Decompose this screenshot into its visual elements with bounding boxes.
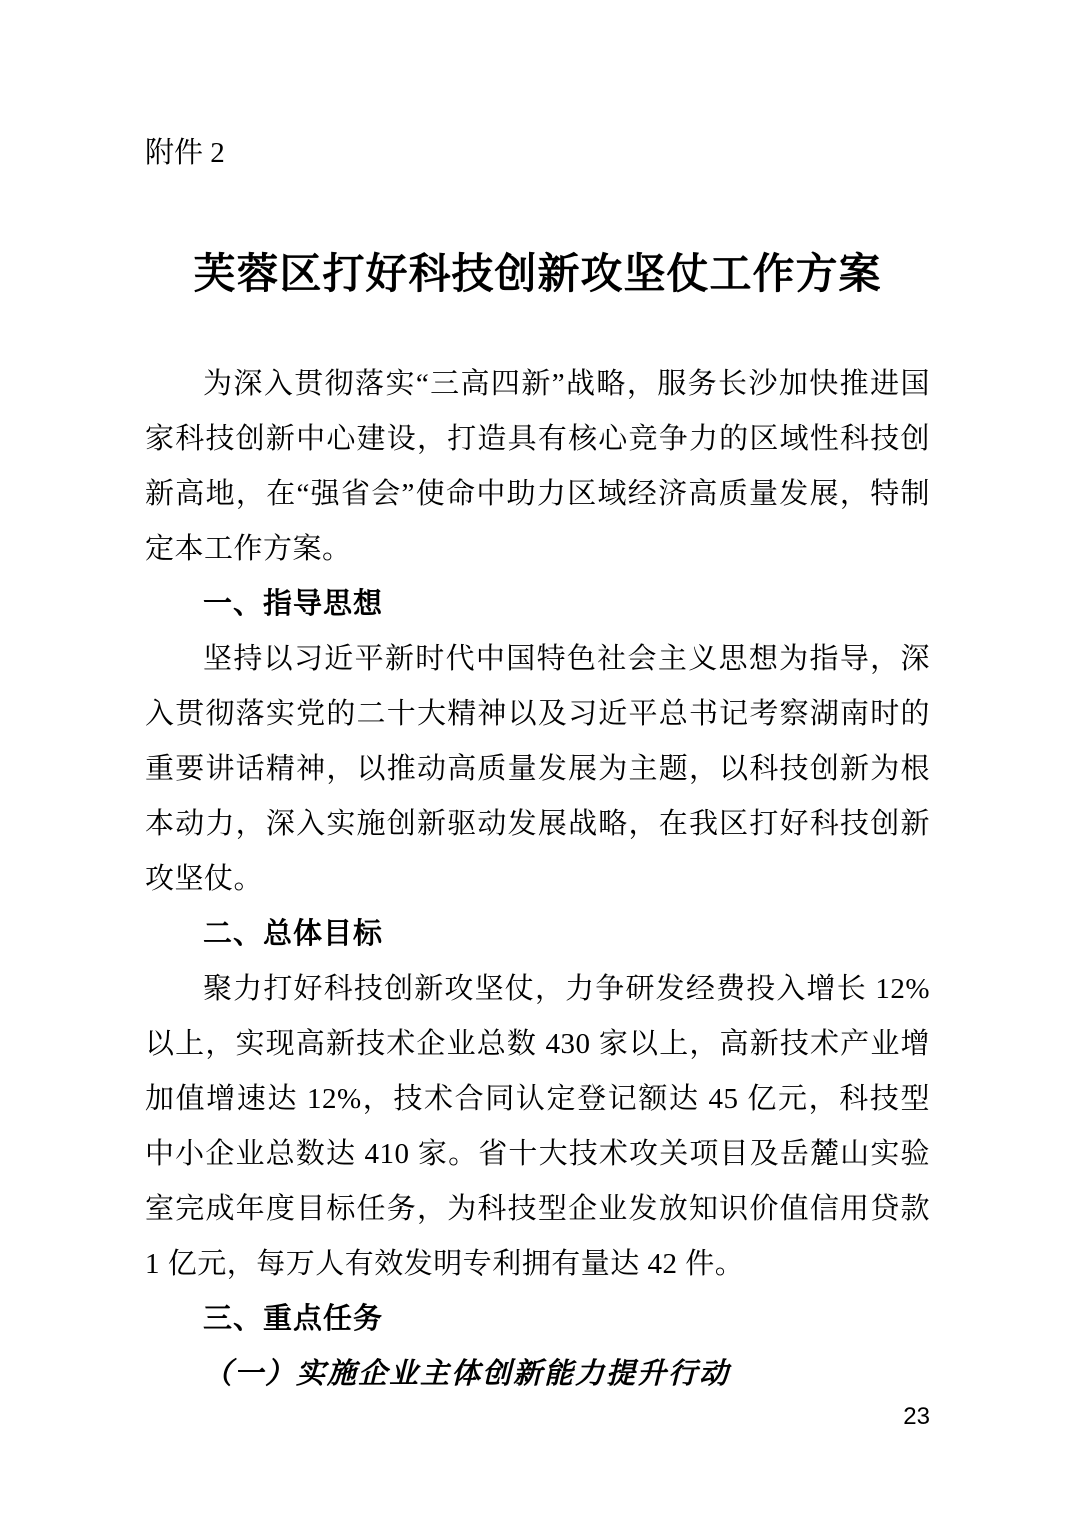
page-number: 23 <box>903 1402 930 1432</box>
section-3-sub-heading: （一）实施企业主体创新能力提升行动 <box>145 1347 930 1402</box>
section-1-paragraph: 坚持以习近平新时代中国特色社会主义思想为指导，深入贯彻落实党的二十大精神以及习近… <box>145 632 930 907</box>
intro-paragraph: 为深入贯彻落实“三高四新”战略，服务长沙加快推进国家科技创新中心建设，打造具有核… <box>145 357 930 577</box>
attachment-label: 附件 2 <box>145 133 930 173</box>
section-2-paragraph: 聚力打好科技创新攻坚仗，力争研发经费投入增长 12%以上，实现高新技术企业总数 … <box>145 962 930 1292</box>
section-2-heading: 二、总体目标 <box>145 907 930 962</box>
document-content: 附件 2 芙蓉区打好科技创新攻坚仗工作方案 为深入贯彻落实“三高四新”战略，服务… <box>0 0 1074 1402</box>
document-page: 附件 2 芙蓉区打好科技创新攻坚仗工作方案 为深入贯彻落实“三高四新”战略，服务… <box>0 0 1074 1520</box>
section-1-heading: 一、指导思想 <box>145 577 930 632</box>
section-3-heading: 三、重点任务 <box>145 1292 930 1347</box>
document-title: 芙蓉区打好科技创新攻坚仗工作方案 <box>145 245 930 305</box>
